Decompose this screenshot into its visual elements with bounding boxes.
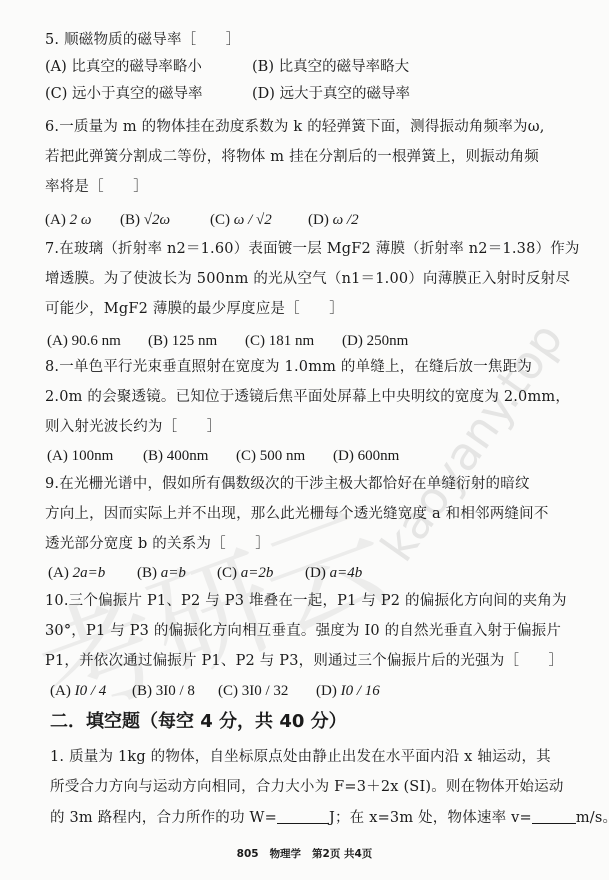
q5-option-a: (A) 比真空的磁导率略小 — [45, 57, 202, 77]
q8-option-c: (C) 500 nm — [236, 446, 305, 466]
q5-option-b: (B) 比真空的磁导率略大 — [252, 57, 409, 77]
q8-option-a: (A) 100nm — [47, 446, 113, 466]
q9-option-c: (C) a=2b — [217, 563, 273, 583]
q10-option-b: (B) 3I0 / 8 — [132, 681, 195, 701]
question-10-stem-line-1: 10.三个偏振片 P1、P2 与 P3 堆叠在一起，P1 与 P2 的偏振化方向… — [45, 591, 567, 611]
page-number: 第2页 — [312, 848, 340, 860]
q9-option-b: (B) a=b — [137, 563, 186, 583]
q7-option-d: (D) 250nm — [342, 331, 408, 351]
question-6-stem-line-1: 6.一质量为 m 的物体挂在劲度系数为 k 的轻弹簧下面，测得振动角频率为ω, — [45, 117, 545, 137]
question-8-stem-line-2: 2.0m 的会聚透镜。已知位于透镜后焦平面处屏幕上中央明纹的宽度为 2.0mm， — [45, 387, 570, 407]
q10-option-c: (C) 3I0 / 32 — [218, 681, 288, 701]
question-9-stem-line-3: 透光部分宽度 b 的关系为［ ］ — [45, 534, 270, 554]
q5-option-d: (D) 远大于真空的磁导率 — [252, 84, 410, 104]
q5-option-c: (C) 远小于真空的磁导率 — [45, 84, 203, 104]
question-6-stem-line-2: 若把此弹簧分割成二等份，将物体 m 挂在分割后的一根弹簧上，则振动角频 — [45, 147, 539, 167]
question-text: 顺磁物质的磁导率［ ］ — [64, 32, 240, 48]
q9-option-d: (D) a=4b — [305, 563, 362, 583]
q9-option-a: (A) 2a=b — [48, 563, 105, 583]
question-10-stem-line-2: 30°，P1 与 P3 的偏振化方向相互垂直。强度为 I0 的自然光垂直入射于偏… — [45, 621, 561, 641]
url-watermark: kaoyany.top — [370, 313, 573, 571]
question-7-stem-line-2: 增透膜。为了使波长为 500nm 的光从空气（n1＝1.00）向薄膜正入射时反射… — [45, 269, 570, 289]
question-9-stem-line-2: 方向上，因而实际上并不出现，那么此光栅每个透光缝宽度 a 和相邻两缝间不 — [45, 504, 549, 524]
q6-option-c: (C) ω / √2 — [210, 210, 272, 230]
question-8-stem-line-3: 则入射光波长约为［ ］ — [45, 417, 221, 437]
q10-option-a: (A) I0 / 4 — [50, 681, 106, 701]
question-number: 5. — [45, 32, 59, 48]
exam-page: 考研云 kaoyany.top 5. 顺磁物质的磁导率［ ］ (A) 比真空的磁… — [0, 0, 609, 880]
q8-option-d: (D) 600nm — [333, 446, 399, 466]
fill-q1-line-1: 1. 质量为 1kg 的物体，自坐标原点处由静止出发在水平面内沿 x 轴运动，其 — [50, 747, 551, 767]
question-5-stem: 5. 顺磁物质的磁导率［ ］ — [45, 30, 240, 50]
q7-option-b: (B) 125 nm — [148, 331, 217, 351]
q6-option-d: (D) ω /2 — [308, 210, 359, 230]
q7-option-c: (C) 181 nm — [245, 331, 314, 351]
answer-blank-speed[interactable] — [532, 809, 576, 824]
q6-option-a: (A) 2 ω — [45, 210, 91, 230]
q8-option-b: (B) 400nm — [143, 446, 208, 466]
q6-option-b: (B) √2ω — [120, 210, 170, 230]
question-7-stem-line-1: 7.在玻璃（折射率 n2＝1.60）表面镀一层 MgF2 薄膜（折射率 n2＝1… — [45, 239, 580, 259]
question-9-stem-line-1: 9.在光栅光谱中，假如所有偶数级次的干涉主极大都恰好在单缝衍射的暗纹 — [45, 474, 530, 494]
question-8-stem-line-1: 8.一单色平行光束垂直照射在宽度为 1.0mm 的单缝上，在缝后放一焦距为 — [45, 357, 532, 377]
fill-q1-line-2: 所受合力方向与运动方向相同，合力大小为 F=3＋2x (SI)。则在物体开始运动 — [50, 777, 564, 797]
q10-option-d: (D) I0 / 16 — [316, 681, 380, 701]
answer-blank-work[interactable] — [277, 809, 329, 824]
question-10-stem-line-3: P1，并依次通过偏振片 P1、P2 与 P3，则通过三个偏振片后的光强为［ ］ — [45, 651, 563, 671]
question-6-stem-line-3: 率将是［ ］ — [45, 177, 148, 197]
q7-option-a: (A) 90.6 nm — [47, 331, 121, 351]
page-total: 共4页 — [344, 848, 372, 860]
subject-name: 物理学 — [270, 848, 302, 860]
section-2-heading: 二．填空题（每空 4 分，共 40 分） — [50, 710, 347, 734]
page-footer: 805 物理学 第2页 共4页 — [0, 846, 609, 861]
question-7-stem-line-3: 可能少，MgF2 薄膜的最少厚度应是［ ］ — [45, 299, 344, 319]
exam-code: 805 — [237, 848, 259, 860]
fill-q1-line-3: 的 3m 路程内，合力所作的功 W=J；在 x=3m 处，物体速率 v=m/s。 — [50, 808, 609, 828]
